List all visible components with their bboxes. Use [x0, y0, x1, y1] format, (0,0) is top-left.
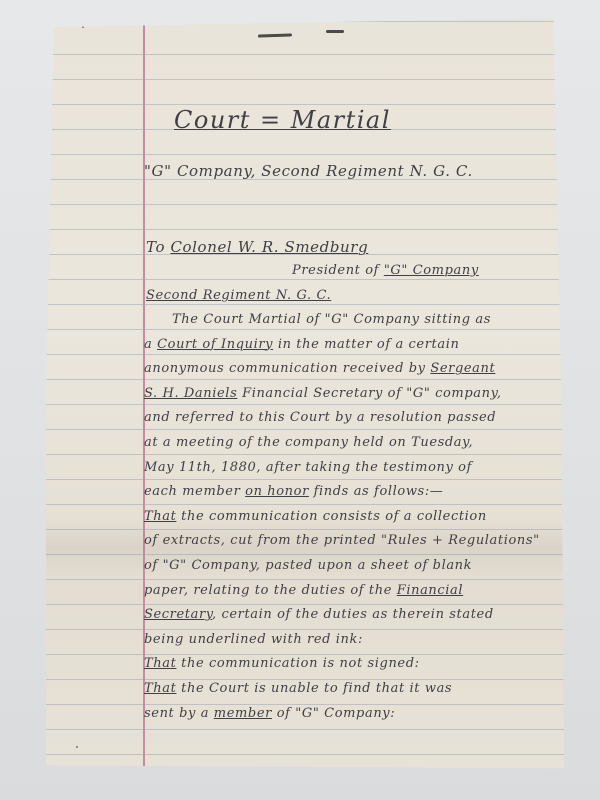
staple-icon [326, 30, 344, 33]
text-segment: finds as follows:— [309, 484, 444, 499]
underlined-text: Financial [397, 583, 463, 598]
body-line: S. H. Daniels Financial Secretary of "G"… [144, 386, 502, 401]
body-line: being underlined with red ink: [144, 632, 363, 647]
document-subtitle: "G" Company, Second Regiment N. G. C. [144, 162, 473, 180]
underlined-text: on honor [245, 484, 309, 499]
text-segment: paper, relating to the duties of the [144, 583, 397, 598]
body-line: That the communication is not signed: [144, 656, 420, 671]
address-role-prefix: President of [292, 263, 379, 278]
text-segment: of "G" Company, pasted upon a sheet of b… [144, 558, 472, 573]
text-segment: being underlined with red ink: [144, 632, 363, 647]
staple-icon [258, 33, 292, 37]
body-line: each member on honor finds as follows:— [144, 484, 443, 499]
text-segment: at a meeting of the company held on Tues… [144, 435, 473, 450]
body-line: paper, relating to the duties of the Fin… [144, 583, 463, 598]
body-line: May 11th, 1880, after taking the testimo… [144, 460, 472, 475]
text-segment: the communication is not signed: [176, 656, 419, 671]
text-segment: May 11th, 1880, after taking the testimo… [144, 460, 472, 475]
body-line: anonymous communication received by Serg… [144, 361, 495, 376]
body-line: at a meeting of the company held on Tues… [144, 435, 473, 450]
body-line: That the communication consists of a col… [144, 509, 487, 524]
body-line: The Court Martial of "G" Company sitting… [172, 312, 491, 327]
text-segment: of "G" Company: [272, 706, 395, 721]
text-segment: each member [144, 484, 245, 499]
document-title: Court = Martial [174, 106, 391, 134]
text-segment: The Court Martial of "G" Company sitting… [172, 312, 491, 327]
address-recipient: Colonel W. R. Smedburg [170, 238, 368, 256]
text-segment: and referred to this Court by a resoluti… [144, 410, 496, 425]
body-line: and referred to this Court by a resoluti… [144, 410, 496, 425]
body-line: of extracts, cut from the printed "Rules… [144, 533, 540, 548]
underlined-text: S. H. Daniels [144, 386, 237, 401]
underlined-text: That [144, 681, 176, 696]
text-segment: the communication consists of a collecti… [176, 509, 486, 524]
text-segment: sent by a [144, 706, 214, 721]
body-line: a Court of Inquiry in the matter of a ce… [144, 337, 459, 352]
underlined-text: That [144, 656, 176, 671]
address-to: To [146, 238, 165, 256]
text-segment: of extracts, cut from the printed "Rules… [144, 533, 540, 548]
text-segment: Financial Secretary of "G" company, [237, 386, 501, 401]
handwritten-letter-page: Court = Martial "G" Company, Second Regi… [46, 18, 564, 776]
underlined-text: Sergeant [430, 361, 495, 376]
address-role-line: President of "G" Company [292, 263, 479, 278]
text-segment: the Court is unable to find that it was [176, 681, 452, 696]
paper-speck [82, 26, 84, 28]
text-segment: anonymous communication received by [144, 361, 430, 376]
paper-speck [76, 746, 78, 748]
text-segment: in the matter of a certain [273, 337, 459, 352]
underlined-text: Secretary [144, 607, 212, 622]
address-role-company: "G" Company [384, 263, 479, 278]
body-line: Secretary, certain of the duties as ther… [144, 607, 494, 622]
address-regiment: Second Regiment N. G. C. [146, 288, 331, 303]
underlined-text: That [144, 509, 176, 524]
body-line: sent by a member of "G" Company: [144, 706, 395, 721]
address-recipient-line: To Colonel W. R. Smedburg [146, 238, 368, 256]
underlined-text: Court of Inquiry [157, 337, 273, 352]
body-line: That the Court is unable to find that it… [144, 681, 452, 696]
text-segment: , certain of the duties as therein state… [212, 607, 494, 622]
text-segment: a [144, 337, 157, 352]
underlined-text: member [214, 706, 272, 721]
body-line: of "G" Company, pasted upon a sheet of b… [144, 558, 472, 573]
